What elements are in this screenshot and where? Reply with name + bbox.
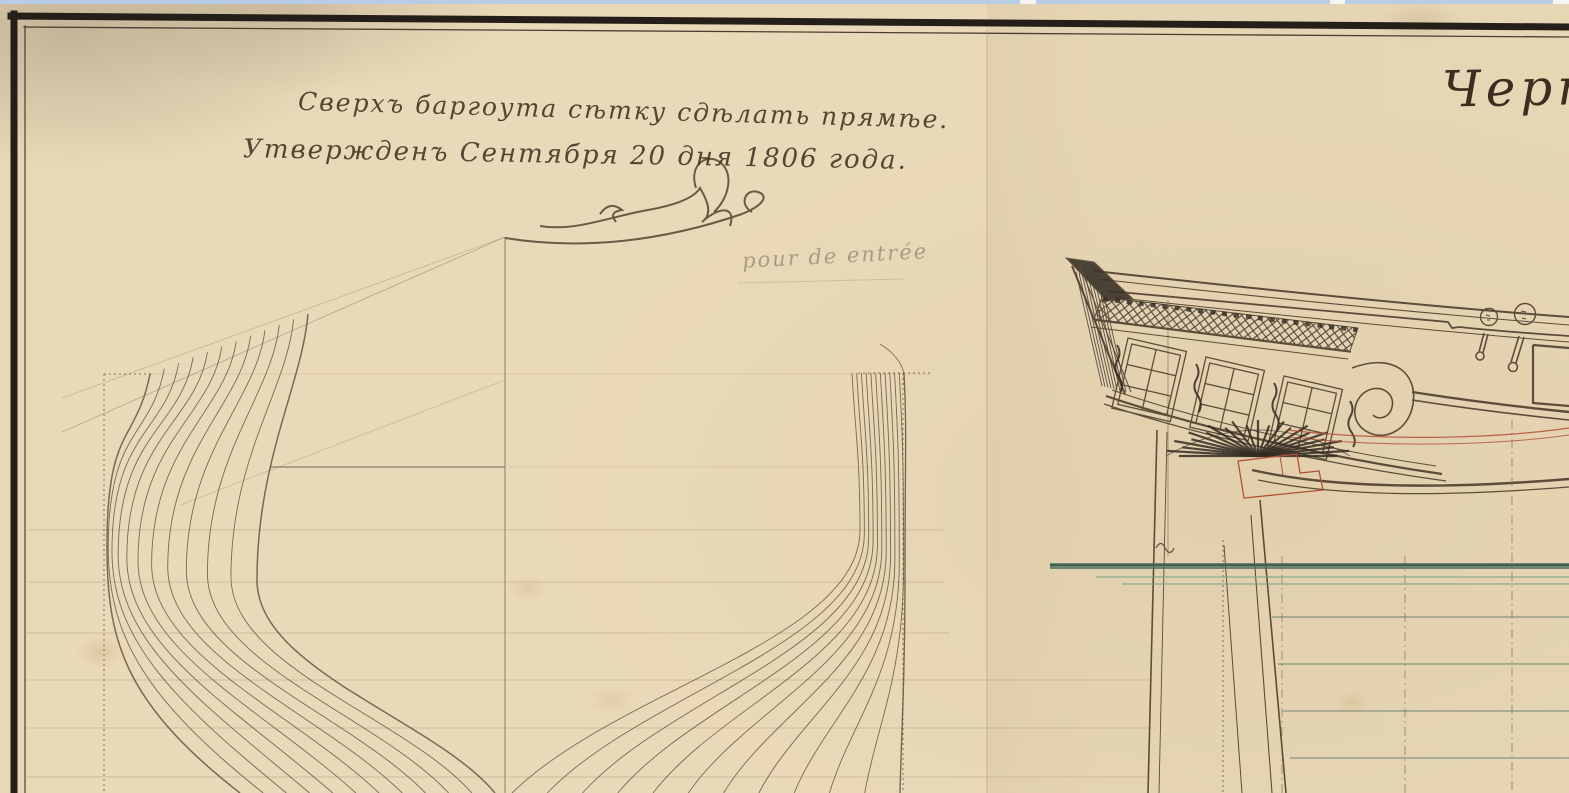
draught-sheet: Чертежъ Сверхъ баргоута сѣтку сдѣлать пр…: [0, 0, 1569, 793]
plan-dotted-boundary: [104, 373, 1223, 793]
sheet-title-calligraphic: Чертежъ: [1442, 55, 1569, 118]
construction-lines: [62, 237, 904, 793]
frame-curves-fore: [512, 373, 906, 793]
quarter-scroll: [1352, 363, 1414, 436]
waterlines: [24, 374, 1150, 777]
sheer-view: [1050, 258, 1569, 793]
gunport: [1533, 345, 1569, 406]
pencil-underline: [738, 279, 905, 283]
station-lines: [1282, 420, 1512, 793]
frame-curves-aft: [107, 314, 495, 793]
davit-links: [1476, 333, 1524, 372]
taffrail-cap: [1066, 258, 1133, 301]
body-plan: [24, 237, 1223, 793]
stern-fan-ornament: [1166, 420, 1350, 456]
waterlines-green: [1050, 563, 1569, 758]
